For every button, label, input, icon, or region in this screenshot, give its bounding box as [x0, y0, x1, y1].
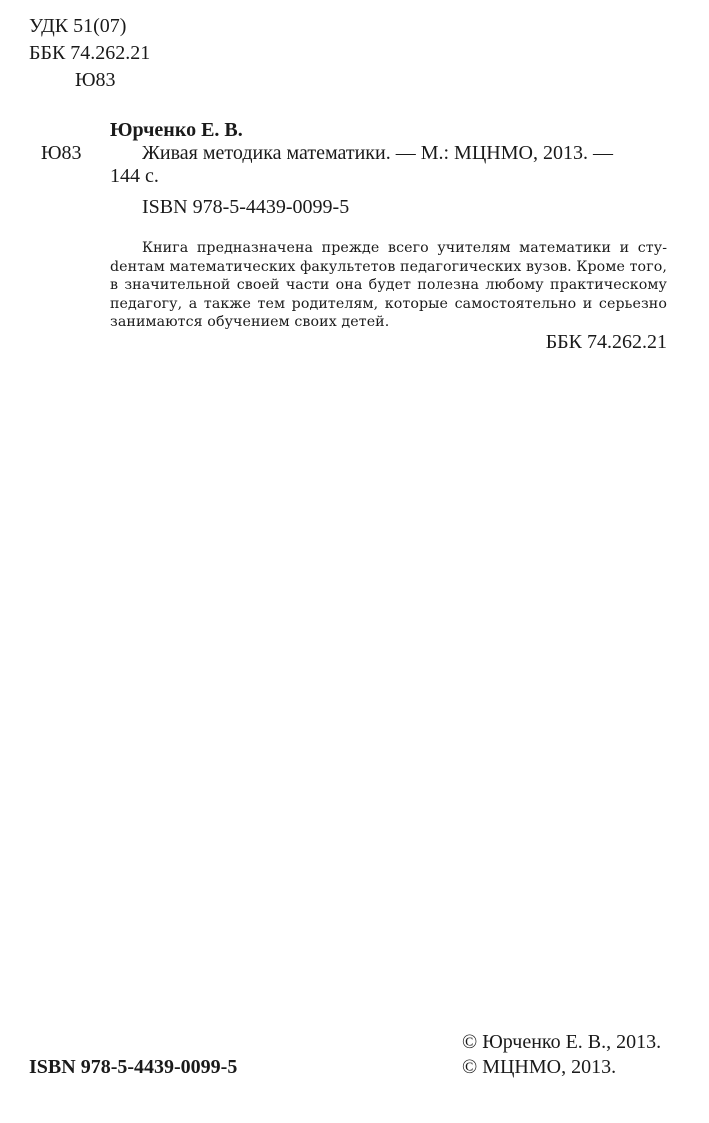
isbn-record: ISBN 978-5-4439-0099-5 [142, 194, 349, 220]
udk-code: УДК 51(07) [29, 13, 126, 39]
author-mark-top: Ю83 [75, 67, 116, 93]
copyright-publisher: © МЦНМО, 2013. [462, 1054, 616, 1080]
annotation-text: Книга предназначена прежде всего учителя… [110, 239, 667, 332]
copyright-author: © Юрченко Е. В., 2013. [462, 1029, 661, 1055]
isbn-footer: ISBN 978-5-4439-0099-5 [29, 1054, 237, 1080]
author-mark: Ю83 [41, 140, 82, 166]
book-title-line: Живая методика математики. — М.: МЦНМО, … [142, 140, 613, 166]
bbk-code-top: ББК 74.262.21 [29, 40, 150, 66]
bbk-code-bottom: ББК 74.262.21 [546, 329, 667, 355]
page-count: 144 с. [110, 163, 159, 189]
